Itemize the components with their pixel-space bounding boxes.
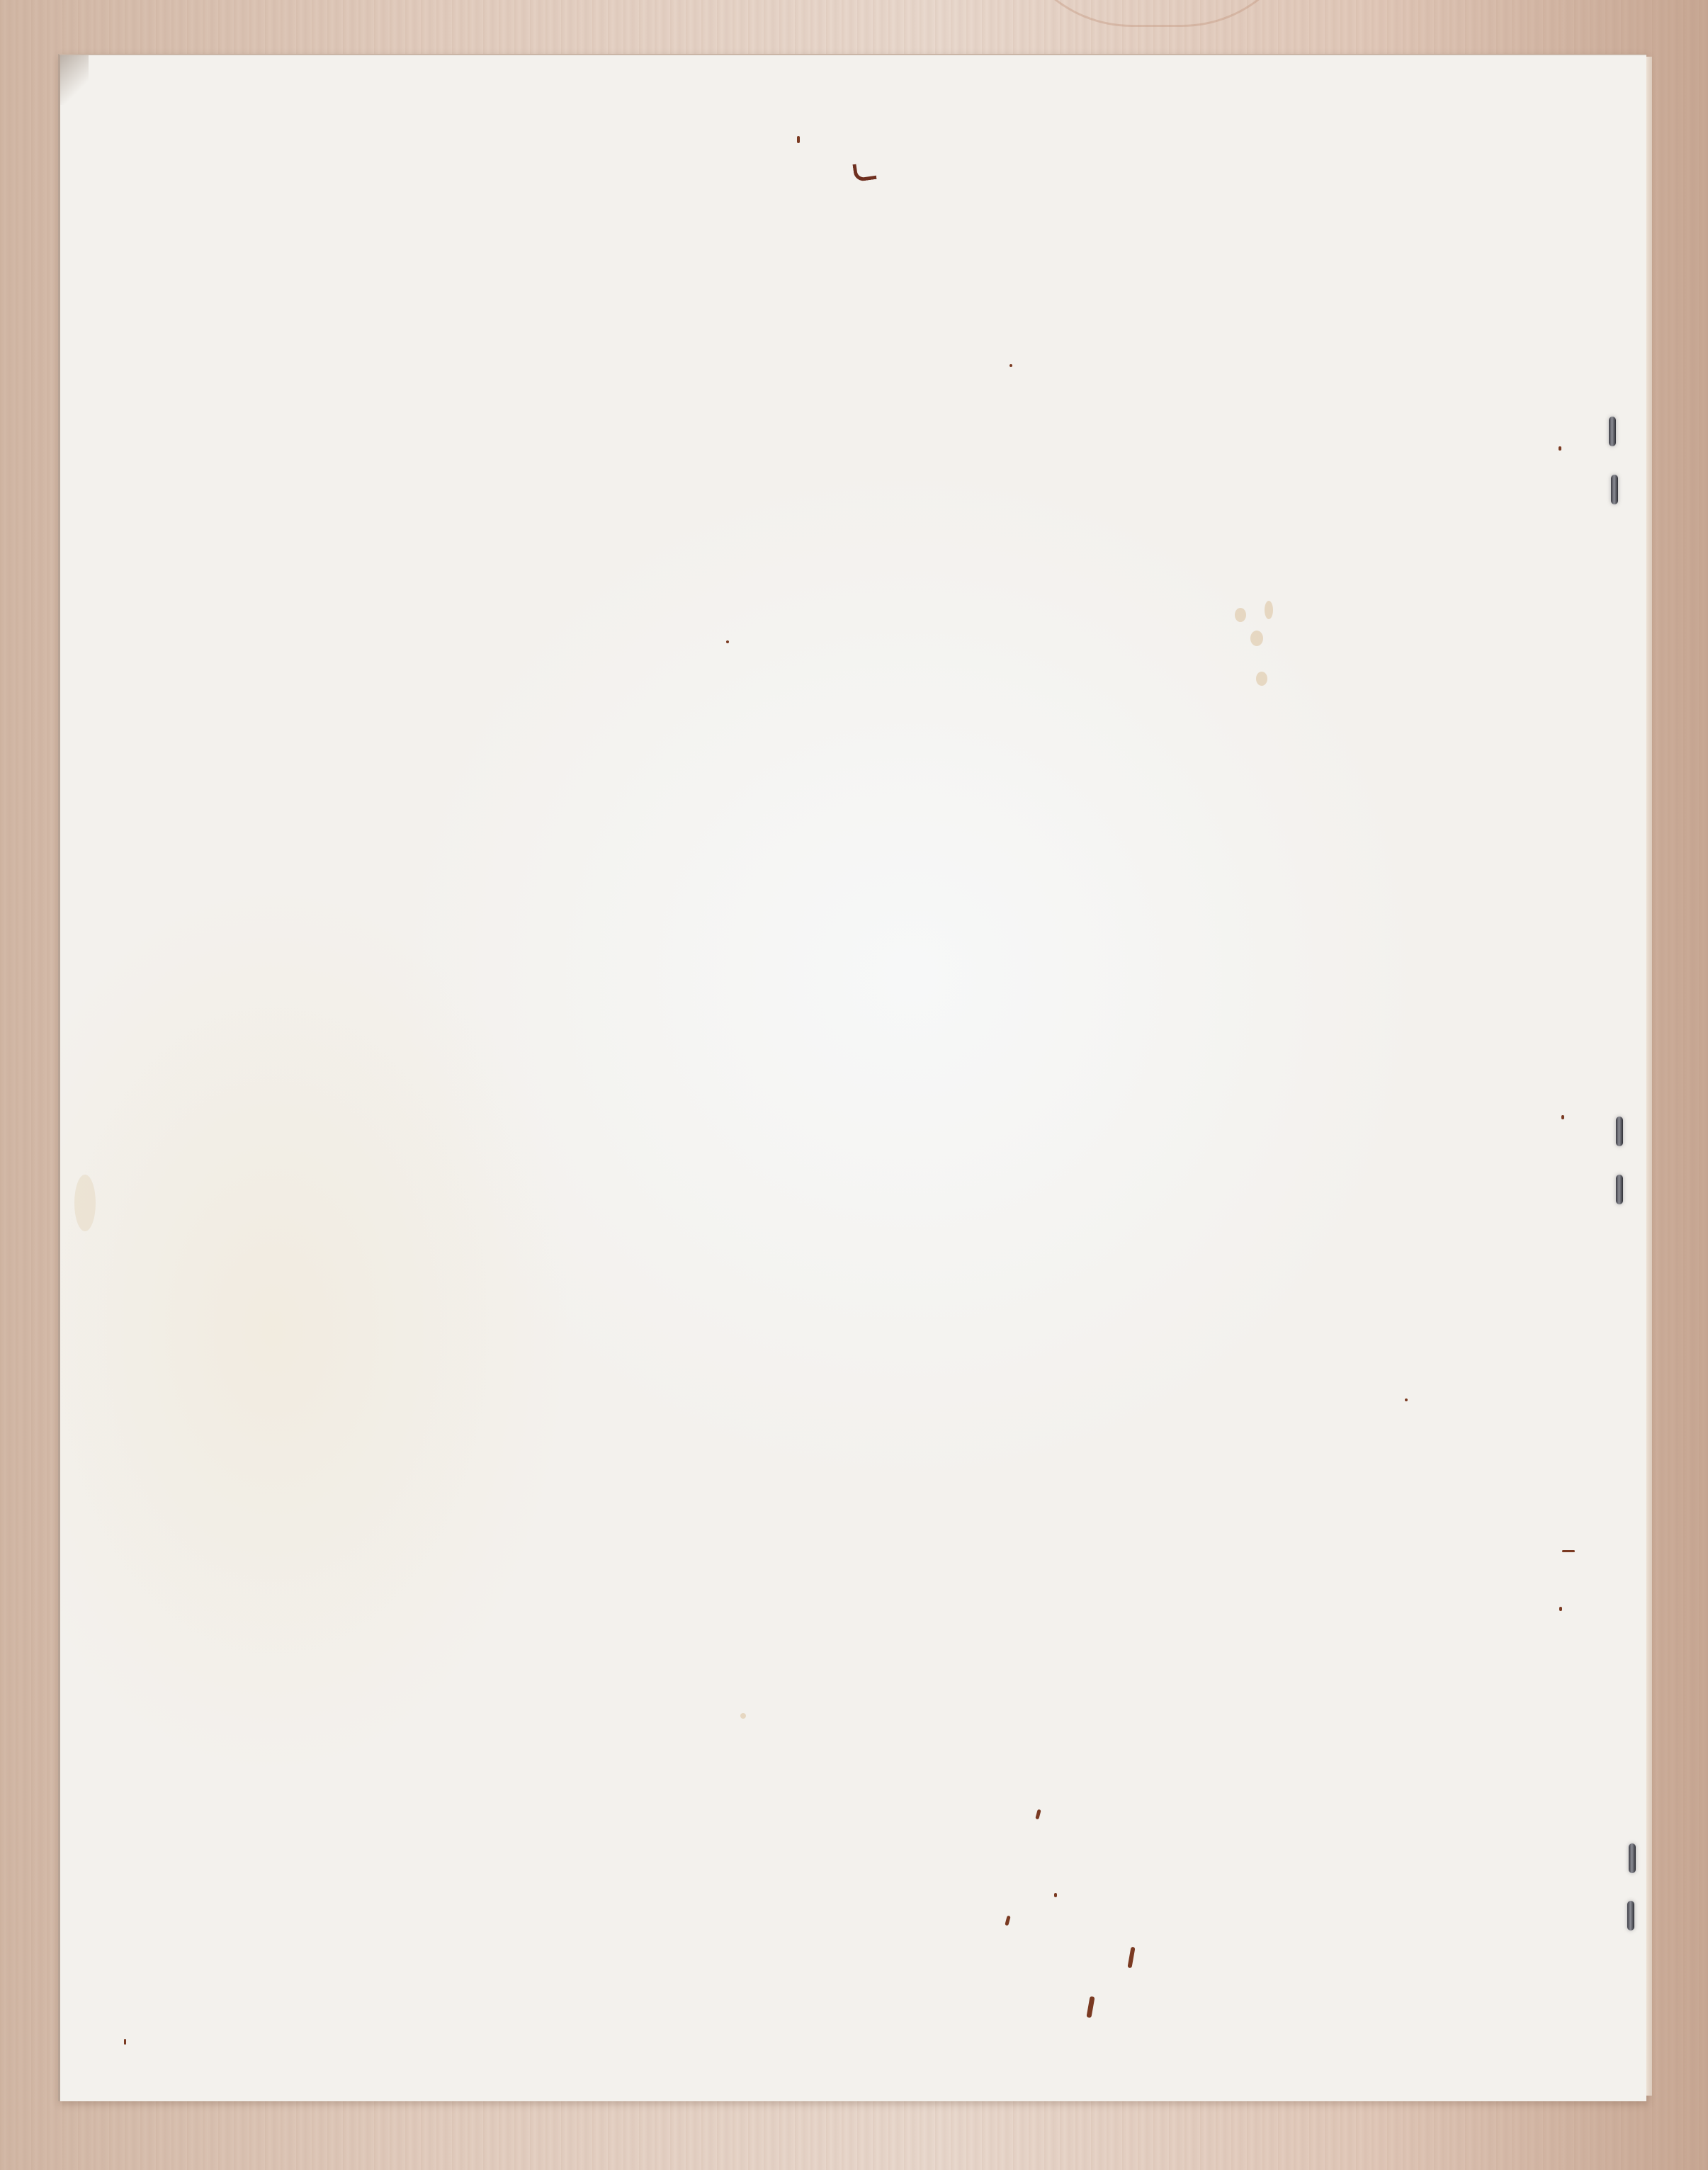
paper-fleck [797,136,800,143]
back-cover [58,54,1646,2101]
foxing-stain [1265,601,1273,619]
paper-fleck [726,640,729,643]
corner-wear [60,55,89,105]
paper-fleck [1127,1947,1135,1969]
staple-icon [1616,1175,1623,1204]
paper-fleck [852,162,876,182]
paper-fleck [1559,446,1561,451]
paper-fleck [1054,1893,1057,1897]
foxing-stain [1235,608,1246,622]
page-block-edge [1646,57,1652,2096]
paper-fleck [1086,1996,1095,2018]
paper-fleck [1035,1809,1041,1820]
wood-surface [0,0,1708,2170]
paper-fleck [1559,1607,1562,1611]
paper-fleck [1562,1550,1575,1552]
wood-grain-knot [1006,0,1308,27]
booklet [58,54,1646,2101]
foxing-stain [740,1713,746,1719]
staple-icon [1627,1901,1634,1931]
paper-fleck [1005,1916,1010,1926]
paper-fleck [1405,1398,1408,1401]
paper-fleck [1561,1115,1564,1119]
staple-icon [1629,1843,1636,1873]
foxing-stain [1256,672,1267,686]
foxing-stain [74,1175,96,1231]
staple-icon [1616,1117,1623,1146]
staple-icon [1611,475,1618,504]
foxing-stain [1250,631,1263,646]
staple-icon [1609,417,1616,446]
paper-fleck [124,2039,126,2045]
paper-fleck [1009,364,1012,367]
